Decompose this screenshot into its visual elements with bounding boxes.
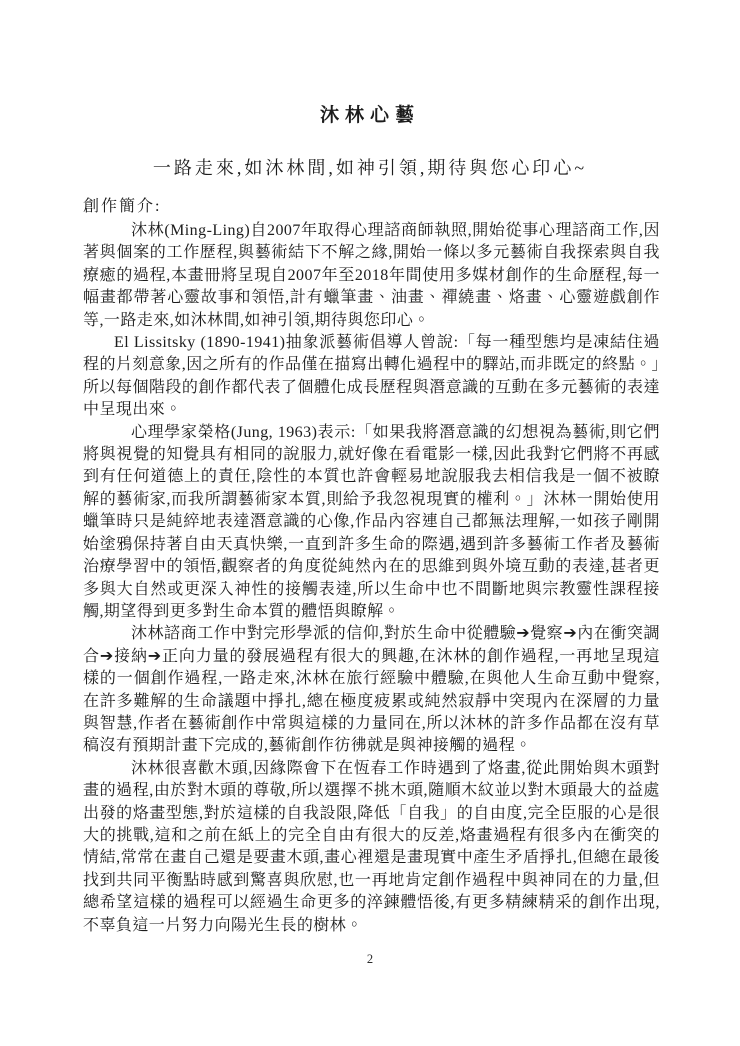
- document-page: 沐林心藝 一路走來,如沐林間,如神引領,期待與您心印心~ 創作簡介: 沐林(Mi…: [0, 0, 740, 1046]
- document-body: 沐林(Ming-Ling)自2007年取得心理諮商師執照,開始從事心理諮商工作,…: [83, 220, 660, 937]
- document-title: 沐林心藝: [0, 100, 740, 127]
- section-heading-creation-intro: 創作簡介:: [83, 193, 161, 216]
- page-number: 2: [0, 952, 740, 967]
- paragraph-gestalt-process: 沐林諮商工作中對完形學派的信仰,對於生命中從體驗➔覺察➔內在衝突調合➔接納➔正向…: [83, 623, 660, 757]
- paragraph-intro: 沐林(Ming-Ling)自2007年取得心理諮商師執照,開始從事心理諮商工作,…: [83, 220, 660, 332]
- paragraph-el-lissitsky-quote: El Lissitsky (1890-1941)抽象派藝術倡導人曾說:「每一種型…: [83, 332, 660, 422]
- document-subtitle: 一路走來,如沐林間,如神引領,期待與您心印心~: [0, 154, 740, 180]
- paragraph-wood-pyrography: 沐林很喜歡木頭,因緣際會下在恆春工作時遇到了烙畫,從此開始與木頭對畫的過程,由於…: [83, 758, 660, 937]
- paragraph-jung-quote: 心理學家榮格(Jung, 1963)表示:「如果我將潛意識的幻想視為藝術,則它們…: [83, 422, 660, 624]
